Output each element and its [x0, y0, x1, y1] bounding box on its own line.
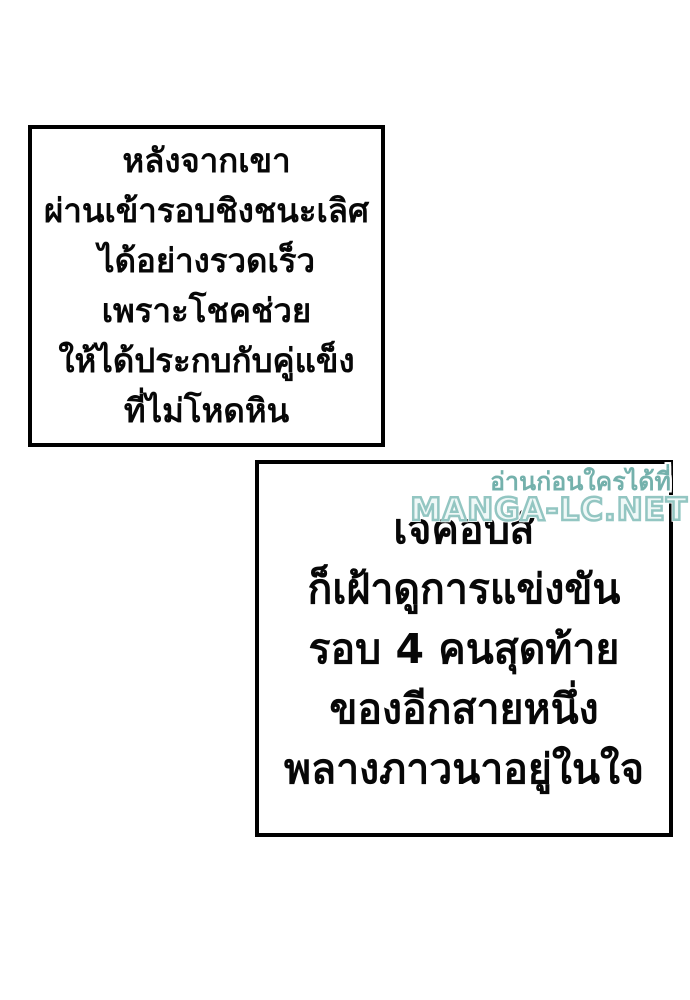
narration-line: ได้อย่างรวดเร็ว: [98, 236, 315, 286]
narration-line: เจคอปส์: [393, 499, 534, 559]
narration-line: ก็เฝ้าดูการแข่งขัน: [308, 559, 621, 619]
comic-page: หลังจากเขา ผ่านเข้ารอบชิงชนะเลิศ ได้อย่า…: [0, 0, 690, 1000]
narration-line: เพราะโชคช่วย: [102, 286, 311, 336]
narration-line: ให้ได้ประกบกับคู่แข็ง: [58, 336, 354, 386]
narration-line: พลางภาวนาอยู่ในใจ: [284, 739, 644, 799]
narration-box-2: เจคอปส์ ก็เฝ้าดูการแข่งขัน รอบ 4 คนสุดท้…: [255, 460, 673, 837]
narration-line: หลังจากเขา: [122, 136, 290, 186]
narration-line: ของอีกสายหนึ่ง: [329, 679, 598, 739]
narration-line: รอบ 4 คนสุดท้าย: [309, 619, 620, 679]
narration-box-1: หลังจากเขา ผ่านเข้ารอบชิงชนะเลิศ ได้อย่า…: [28, 125, 385, 447]
narration-line: ที่ไม่โหดหิน: [124, 386, 289, 436]
narration-line: ผ่านเข้ารอบชิงชนะเลิศ: [44, 186, 369, 236]
